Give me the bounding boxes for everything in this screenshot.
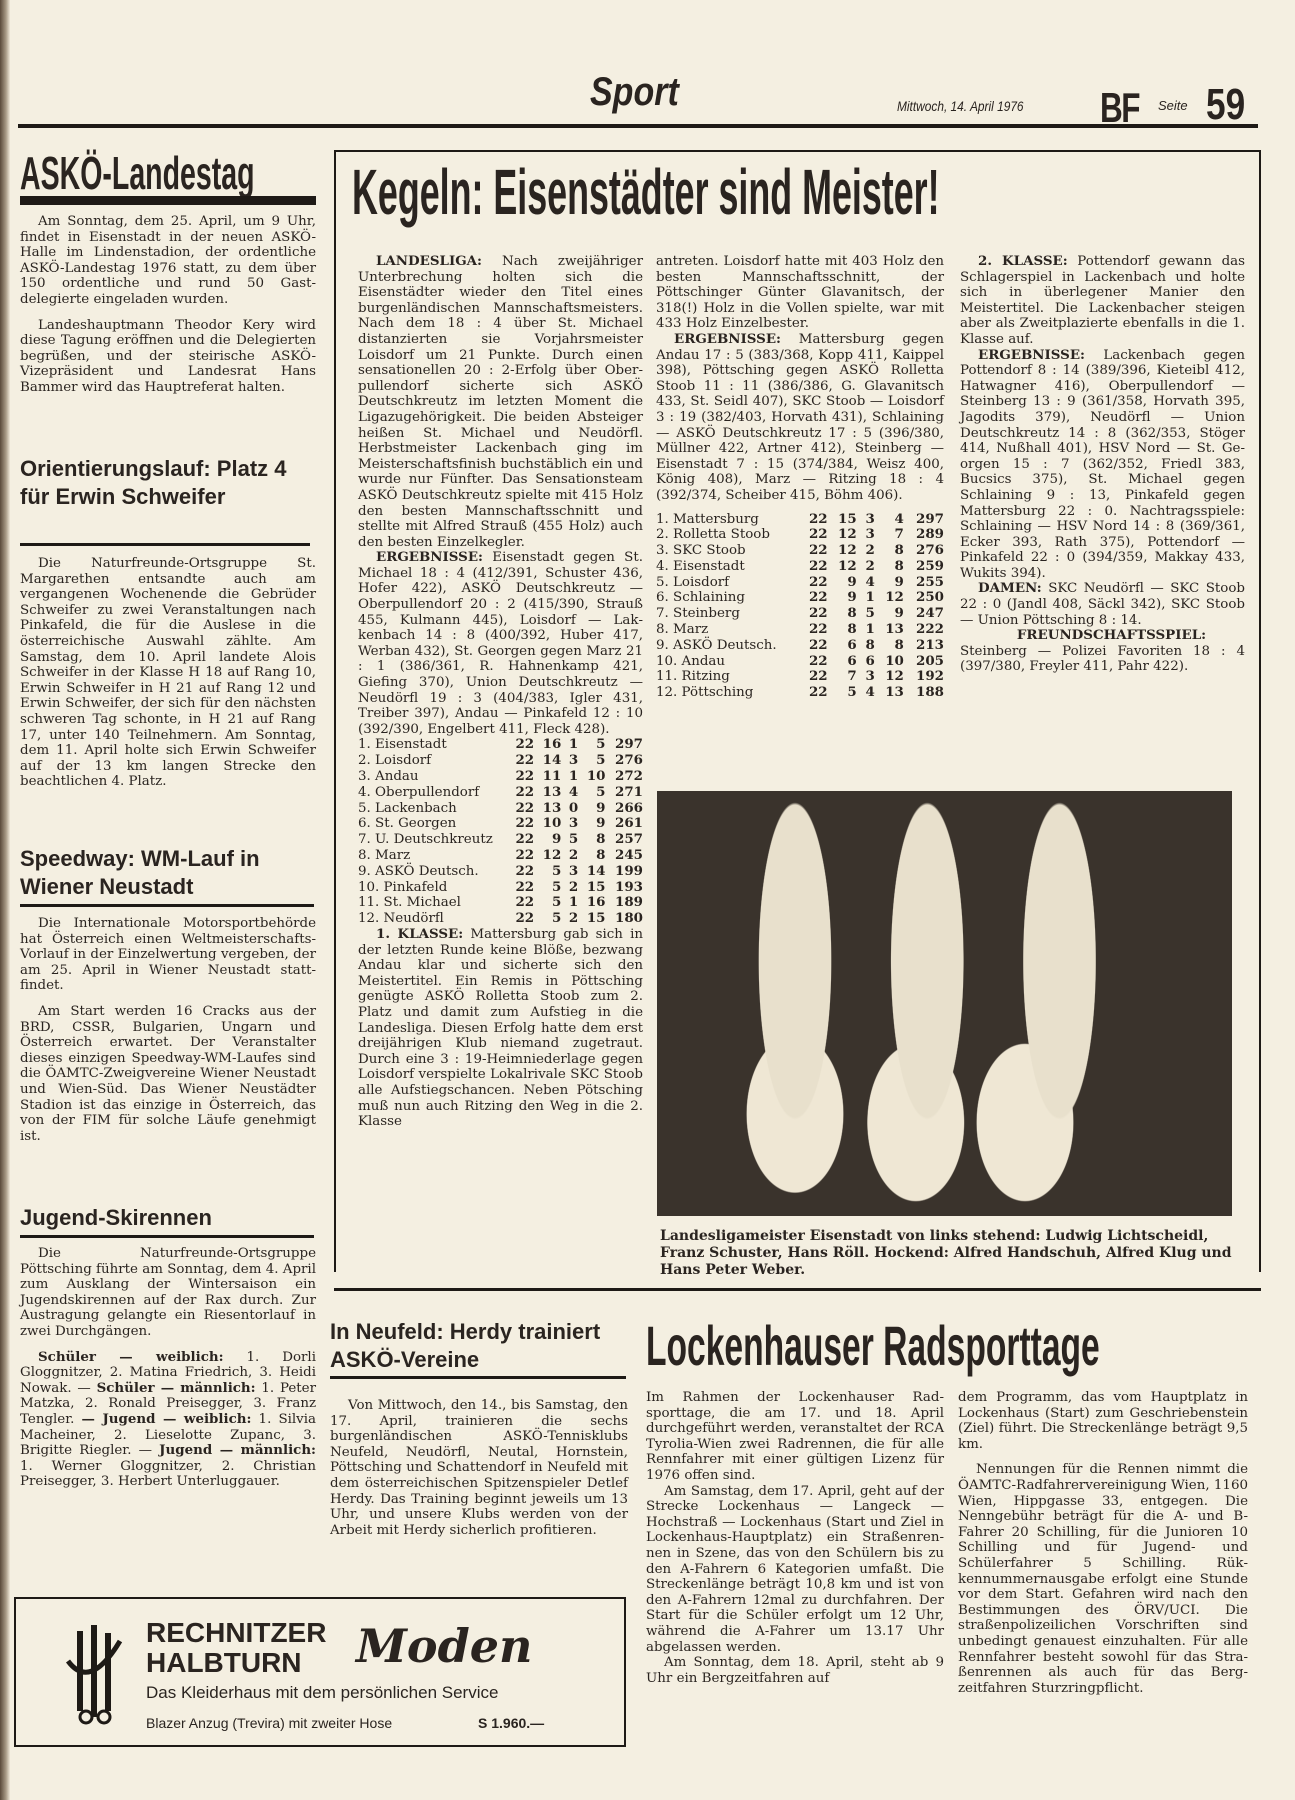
stat-cell: 9 <box>828 575 857 591</box>
stat-cell: 15 <box>828 512 857 528</box>
stat-cell: 10 <box>578 769 605 785</box>
paragraph: Nach zweijäh­riger Unterbrechung holten … <box>358 254 643 550</box>
stat-cell: 1 <box>561 737 578 753</box>
section-label: FREUNDSCHAFTSSPIEL: <box>960 628 1245 644</box>
team-cell: 8. Marz <box>358 848 507 864</box>
stat-cell: 12 <box>828 527 857 543</box>
stat-cell: 247 <box>904 606 944 622</box>
team-cell: 10. Andau <box>656 654 799 670</box>
stat-cell: 22 <box>507 769 534 785</box>
table-row: 1. Mattersburg221534297 <box>656 512 944 528</box>
table-row: 2. Loisdorf221435276 <box>358 753 643 769</box>
team-cell: 3. Andau <box>358 769 507 785</box>
paragraph: Nennungen für die Rennen nimmt die ÖAMTC… <box>958 1462 1248 1696</box>
team-cell: 11. St. Michael <box>358 895 507 911</box>
stat-cell: 9 <box>875 606 904 622</box>
stat-cell: 14 <box>534 753 561 769</box>
table-row: 5. Loisdorf22949255 <box>656 575 944 591</box>
stat-cell: 289 <box>904 527 944 543</box>
stat-cell: 9 <box>875 575 904 591</box>
stat-cell: 22 <box>507 801 534 817</box>
stat-cell: 15 <box>578 880 605 896</box>
team-cell: 12. Neudörfl <box>358 911 507 927</box>
stat-cell: 192 <box>904 669 944 685</box>
paragraph: Am Sonntag, dem 18. April, steht ab 9 Uh… <box>646 1655 944 1686</box>
stat-cell: 9 <box>578 801 605 817</box>
neufeld-article: Von Mittwoch, den 14., bis Sams­tag, den… <box>330 1398 628 1538</box>
stat-cell: 188 <box>904 685 944 701</box>
stat-cell: 2 <box>561 911 578 927</box>
result-label: — Jugend — weiblich: <box>82 1411 252 1427</box>
stat-cell: 205 <box>904 654 944 670</box>
speedway-article: Die Internationale Motorsportbe­hörde ha… <box>20 916 316 1144</box>
table-row: 12. Neudörfl225215180 <box>358 911 643 927</box>
stat-cell: 8 <box>875 638 904 654</box>
section-title: Sport <box>590 70 679 115</box>
page-label: Seite <box>1158 98 1188 113</box>
stat-cell: 8 <box>875 559 904 575</box>
stat-cell: 3 <box>857 527 875 543</box>
stat-cell: 13 <box>875 685 904 701</box>
stat-cell: 272 <box>605 769 643 785</box>
stat-cell: 1 <box>857 622 875 638</box>
stat-cell: 8 <box>828 606 857 622</box>
paragraph: Steinberg — Polizei Favoriten 18 : 4 (39… <box>960 644 1245 675</box>
stat-cell: 9 <box>534 832 561 848</box>
photo-caption: Landesligameister Eisenstadt von links s… <box>660 1228 1240 1279</box>
stat-cell: 5 <box>534 880 561 896</box>
orientierung-article: Die Naturfreunde-Ortsgruppe St. Margaret… <box>20 556 316 790</box>
radsport-headline: Lockenhauser Radsporttage <box>646 1318 1100 1374</box>
stat-cell: 2 <box>857 543 875 559</box>
stat-cell: 8 <box>857 638 875 654</box>
stat-cell: 5 <box>857 606 875 622</box>
table-row: 7. U. Deutschkreutz22958257 <box>358 832 643 848</box>
table-row: 4. Eisenstadt221228259 <box>656 559 944 575</box>
klasse1-results-column: antreten. Loisdorf hatte mit 403 Holz de… <box>656 254 944 701</box>
klasse2-text: 2. KLASSE: Pottendorf gewann das Schlage… <box>960 254 1245 675</box>
stat-cell: 4 <box>857 685 875 701</box>
table-row: 3. Andau2211110272 <box>358 769 643 785</box>
stat-cell: 3 <box>857 669 875 685</box>
stat-cell: 13 <box>534 801 561 817</box>
stat-cell: 8 <box>828 622 857 638</box>
page-spine <box>0 0 10 1800</box>
ad-script-logo: Moden <box>356 1619 532 1673</box>
team-cell: 7. Steinberg <box>656 606 799 622</box>
stat-cell: 297 <box>605 737 643 753</box>
paragraph: Lackenbach ge­gen Pottendorf 8 : 14 (389… <box>960 348 1245 581</box>
result-label: Schüler — männlich: <box>97 1380 256 1396</box>
table-row: 9. ASKÖ Deutsch.22688213 <box>656 638 944 654</box>
table-row: 1. Eisenstadt221615297 <box>358 737 643 753</box>
table-row: 8. Marz228113222 <box>656 622 944 638</box>
stat-cell: 5 <box>534 895 561 911</box>
table-row: 12. Pöttsching225413188 <box>656 685 944 701</box>
stat-cell: 5 <box>578 785 605 801</box>
section-label: 2. KLASSE: <box>978 253 1068 269</box>
stat-cell: 12 <box>828 543 857 559</box>
stat-cell: 2 <box>857 559 875 575</box>
stat-cell: 0 <box>561 801 578 817</box>
paragraph: Von Mittwoch, den 14., bis Sams­tag, den… <box>330 1398 628 1538</box>
stat-cell: 14 <box>578 864 605 880</box>
stat-cell: 22 <box>799 622 828 638</box>
stat-cell: 12 <box>828 559 857 575</box>
speedway-headline: Speedway: WM-Lauf in Wiener Neustadt <box>20 845 320 901</box>
table-row: 5. Lackenbach221309266 <box>358 801 643 817</box>
section-label: DAMEN: <box>978 580 1042 596</box>
stat-cell: 4 <box>875 512 904 528</box>
table-row: 7. Steinberg22859247 <box>656 606 944 622</box>
stat-cell: 22 <box>799 575 828 591</box>
stat-cell: 213 <box>904 638 944 654</box>
ad-brand-line2: HALBTURN <box>146 1649 302 1677</box>
ad-brand-line1: RECHNITZER <box>146 1619 326 1647</box>
stat-cell: 22 <box>799 669 828 685</box>
stat-cell: 271 <box>605 785 643 801</box>
team-cell: 8. Marz <box>656 622 799 638</box>
stat-cell: 5 <box>534 864 561 880</box>
team-cell: 4. Eisenstadt <box>656 559 799 575</box>
section-label: LANDESLIGA: <box>376 253 482 269</box>
table-row: 10. Pinkafeld225215193 <box>358 880 643 896</box>
stat-cell: 10 <box>875 654 904 670</box>
team-cell: 6. Schlaining <box>656 590 799 606</box>
stat-cell: 22 <box>799 512 828 528</box>
stat-cell: 5 <box>534 911 561 927</box>
stat-cell: 22 <box>799 543 828 559</box>
stat-cell: 1 <box>857 590 875 606</box>
issue-date: Mittwoch, 14. April 1976 <box>897 98 1024 114</box>
team-cell: 2. Loisdorf <box>358 753 507 769</box>
result-label: Schüler — weiblich: <box>38 1349 224 1365</box>
askoe-headline: ASKÖ-Landestag <box>20 150 255 196</box>
stat-cell: 22 <box>507 737 534 753</box>
stat-cell: 276 <box>904 543 944 559</box>
stat-cell: 22 <box>799 638 828 654</box>
stat-cell: 22 <box>507 785 534 801</box>
table-row: 8. Marz221228245 <box>358 848 643 864</box>
paragraph: Am Sonntag, dem 25. April, um 9 Uhr, fin… <box>20 214 316 308</box>
team-cell: 2. Rolletta Stoob <box>656 527 799 543</box>
landesliga-text: LANDESLIGA: Nach zweijäh­riger Unterbrec… <box>358 254 643 1130</box>
klasse1-standings-table: 1. Mattersburg2215342972. Rolletta Stoob… <box>656 512 944 702</box>
ad-price: S 1.960.— <box>478 1715 544 1731</box>
table-row: 2. Rolletta Stoob221237289 <box>656 527 944 543</box>
stat-cell: 4 <box>857 575 875 591</box>
result-text: 1. Werner Gloggnitzer, 2. Christian Prei… <box>20 1459 316 1490</box>
paragraph: Mattersburg gab sich in der letzten Rund… <box>358 927 643 1129</box>
stat-cell: 22 <box>799 606 828 622</box>
paragraph: Am Start werden 16 Cracks aus der BRD, C… <box>20 1004 316 1144</box>
stat-cell: 6 <box>857 654 875 670</box>
team-cell: 1. Eisenstadt <box>358 737 507 753</box>
headline-rule <box>20 904 314 907</box>
table-row: 3. SKC Stoob221228276 <box>656 543 944 559</box>
stat-cell: 22 <box>507 848 534 864</box>
stat-cell: 5 <box>578 737 605 753</box>
askoe-article: Am Sonntag, dem 25. April, um 9 Uhr, fin… <box>20 214 316 396</box>
team-cell: 5. Loisdorf <box>656 575 799 591</box>
team-cell: 9. ASKÖ Deutsch. <box>656 638 799 654</box>
stat-cell: 22 <box>507 816 534 832</box>
page-number: 59 <box>1206 80 1245 130</box>
stat-cell: 266 <box>605 801 643 817</box>
stat-cell: 257 <box>605 832 643 848</box>
section-label: 1. KLASSE: <box>376 926 463 942</box>
team-cell: 5. Lackenbach <box>358 801 507 817</box>
table-row: 9. ASKÖ Deutsch.225314199 <box>358 864 643 880</box>
stat-cell: 6 <box>828 638 857 654</box>
headline-rule <box>330 1376 626 1379</box>
stat-cell: 13 <box>875 622 904 638</box>
stat-cell: 22 <box>799 559 828 575</box>
stat-cell: 6 <box>828 654 857 670</box>
stat-cell: 7 <box>875 527 904 543</box>
paragraph: Im Rahmen der Lockenhauser Rad­sporttage… <box>646 1390 944 1484</box>
stat-cell: 9 <box>828 590 857 606</box>
stat-cell: 9 <box>578 816 605 832</box>
paragraph: ERGEBNISSE: Mattersburg ge­gen Andau 17 … <box>656 332 944 504</box>
team-cell: 9. ASKÖ Deutsch. <box>358 864 507 880</box>
section-label: ERGEBNISSE: <box>376 549 483 565</box>
stat-cell: 1 <box>561 895 578 911</box>
stat-cell: 245 <box>605 848 643 864</box>
stat-cell: 276 <box>605 753 643 769</box>
stat-cell: 3 <box>561 753 578 769</box>
table-row: 10. Andau226610205 <box>656 654 944 670</box>
stat-cell: 11 <box>534 769 561 785</box>
advertisement: RECHNITZER HALBTURN Moden Das Kleiderhau… <box>14 1597 626 1747</box>
stat-cell: 255 <box>904 575 944 591</box>
stat-cell: 1 <box>561 769 578 785</box>
stat-cell: 2 <box>561 848 578 864</box>
tailor-tools-icon <box>60 1621 128 1727</box>
stat-cell: 259 <box>904 559 944 575</box>
paragraph: Die Internationale Motorsportbe­hörde ha… <box>20 916 316 994</box>
stat-cell: 12 <box>875 590 904 606</box>
paragraph: antreten. Loisdorf hatte mit 403 Holz de… <box>656 254 944 332</box>
stat-cell: 22 <box>799 590 828 606</box>
paragraph: Am Samstag, dem 17. April, geht auf der … <box>646 1484 944 1656</box>
radsport-col1: Im Rahmen der Lockenhauser Rad­sporttage… <box>646 1390 944 1686</box>
stat-cell: 22 <box>799 527 828 543</box>
stat-cell: 199 <box>605 864 643 880</box>
stat-cell: 22 <box>507 753 534 769</box>
stat-cell: 16 <box>534 737 561 753</box>
result-label: Jugend — männlich: <box>159 1442 316 1458</box>
team-cell: 1. Mattersburg <box>656 512 799 528</box>
table-row: 4. Oberpullendorf221345271 <box>358 785 643 801</box>
team-cell: 11. Ritzing <box>656 669 799 685</box>
neufeld-headline: In Neufeld: Herdy trai­niert ASKÖ-Verein… <box>330 1318 630 1374</box>
headline-rule <box>20 1235 314 1238</box>
orientierung-headline: Orientierungslauf: Platz 4 für Erwin Sch… <box>20 455 320 511</box>
stat-cell: 22 <box>507 895 534 911</box>
stat-cell: 22 <box>507 864 534 880</box>
table-row: 11. Ritzing227312192 <box>656 669 944 685</box>
paragraph: Die Naturfreunde-Ortsgruppe Pöttsching f… <box>20 1246 316 1340</box>
stat-cell: 7 <box>828 669 857 685</box>
stat-cell: 12 <box>534 848 561 864</box>
headline-rule <box>20 196 316 205</box>
section-label: ERGEBNISSE: <box>978 347 1085 363</box>
stat-cell: 222 <box>904 622 944 638</box>
team-cell: 12. Pöttsching <box>656 685 799 701</box>
table-row: 6. St. Georgen221039261 <box>358 816 643 832</box>
team-photo <box>657 791 1232 1216</box>
paragraph: dem Programm, das vom Haupt­platz in Loc… <box>958 1390 1248 1452</box>
stat-cell: 22 <box>507 880 534 896</box>
stat-cell: 297 <box>904 512 944 528</box>
team-cell: 6. St. Georgen <box>358 816 507 832</box>
stat-cell: 10 <box>534 816 561 832</box>
ad-tagline: Das Kleiderhaus mit dem persönlichen Ser… <box>146 1683 498 1703</box>
stat-cell: 3 <box>561 816 578 832</box>
stat-cell: 8 <box>578 848 605 864</box>
stat-cell: 22 <box>507 911 534 927</box>
stat-cell: 22 <box>799 654 828 670</box>
landesliga-standings-table: 1. Eisenstadt2216152972. Loisdorf2214352… <box>358 737 643 927</box>
paragraph: Eisenstadt gegen St. Michael 18 : 4 (412… <box>358 550 643 737</box>
table-row: 6. Schlaining229112250 <box>656 590 944 606</box>
stat-cell: 189 <box>605 895 643 911</box>
stat-cell: 2 <box>561 880 578 896</box>
paragraph: Landeshauptmann Theodor Kery wird diese … <box>20 318 316 396</box>
ski-article: Die Naturfreunde-Ortsgruppe Pöttsching f… <box>20 1246 316 1490</box>
stat-cell: 22 <box>799 685 828 701</box>
stat-cell: 22 <box>507 832 534 848</box>
stat-cell: 8 <box>578 832 605 848</box>
stat-cell: 4 <box>561 785 578 801</box>
stat-cell: 5 <box>561 832 578 848</box>
stat-cell: 5 <box>828 685 857 701</box>
team-cell: 7. U. Deutschkreutz <box>358 832 507 848</box>
headline-rule <box>20 543 310 546</box>
stat-cell: 3 <box>857 512 875 528</box>
team-cell: 4. Oberpullendorf <box>358 785 507 801</box>
stat-cell: 16 <box>578 895 605 911</box>
kegeln-headline: Kegeln: Eisenstädter sind Meister! <box>352 160 940 224</box>
stat-cell: 8 <box>875 543 904 559</box>
stat-cell: 13 <box>534 785 561 801</box>
table-row: 11. St. Michael225116189 <box>358 895 643 911</box>
radsport-col2: dem Programm, das vom Haupt­platz in Loc… <box>958 1390 1248 1696</box>
ad-offer: Blazer Anzug (Trevira) mit zweiter Hose <box>146 1715 392 1731</box>
kegeln-bottom-rule <box>334 1288 1261 1291</box>
paragraph: Die Naturfreunde-Ortsgruppe St. Margaret… <box>20 556 316 790</box>
stat-cell: 250 <box>904 590 944 606</box>
stat-cell: 15 <box>578 911 605 927</box>
stat-cell: 180 <box>605 911 643 927</box>
masthead-rule <box>18 124 1258 128</box>
ski-headline: Jugend-Skirennen <box>20 1204 320 1232</box>
stat-cell: 3 <box>561 864 578 880</box>
stat-cell: 12 <box>875 669 904 685</box>
stat-cell: 261 <box>605 816 643 832</box>
team-cell: 3. SKC Stoob <box>656 543 799 559</box>
ski-results: Schüler — weiblich: 1. Dorli Gloggnitzer… <box>20 1350 316 1490</box>
team-cell: 10. Pinkafeld <box>358 880 507 896</box>
stat-cell: 193 <box>605 880 643 896</box>
stat-cell: 5 <box>578 753 605 769</box>
